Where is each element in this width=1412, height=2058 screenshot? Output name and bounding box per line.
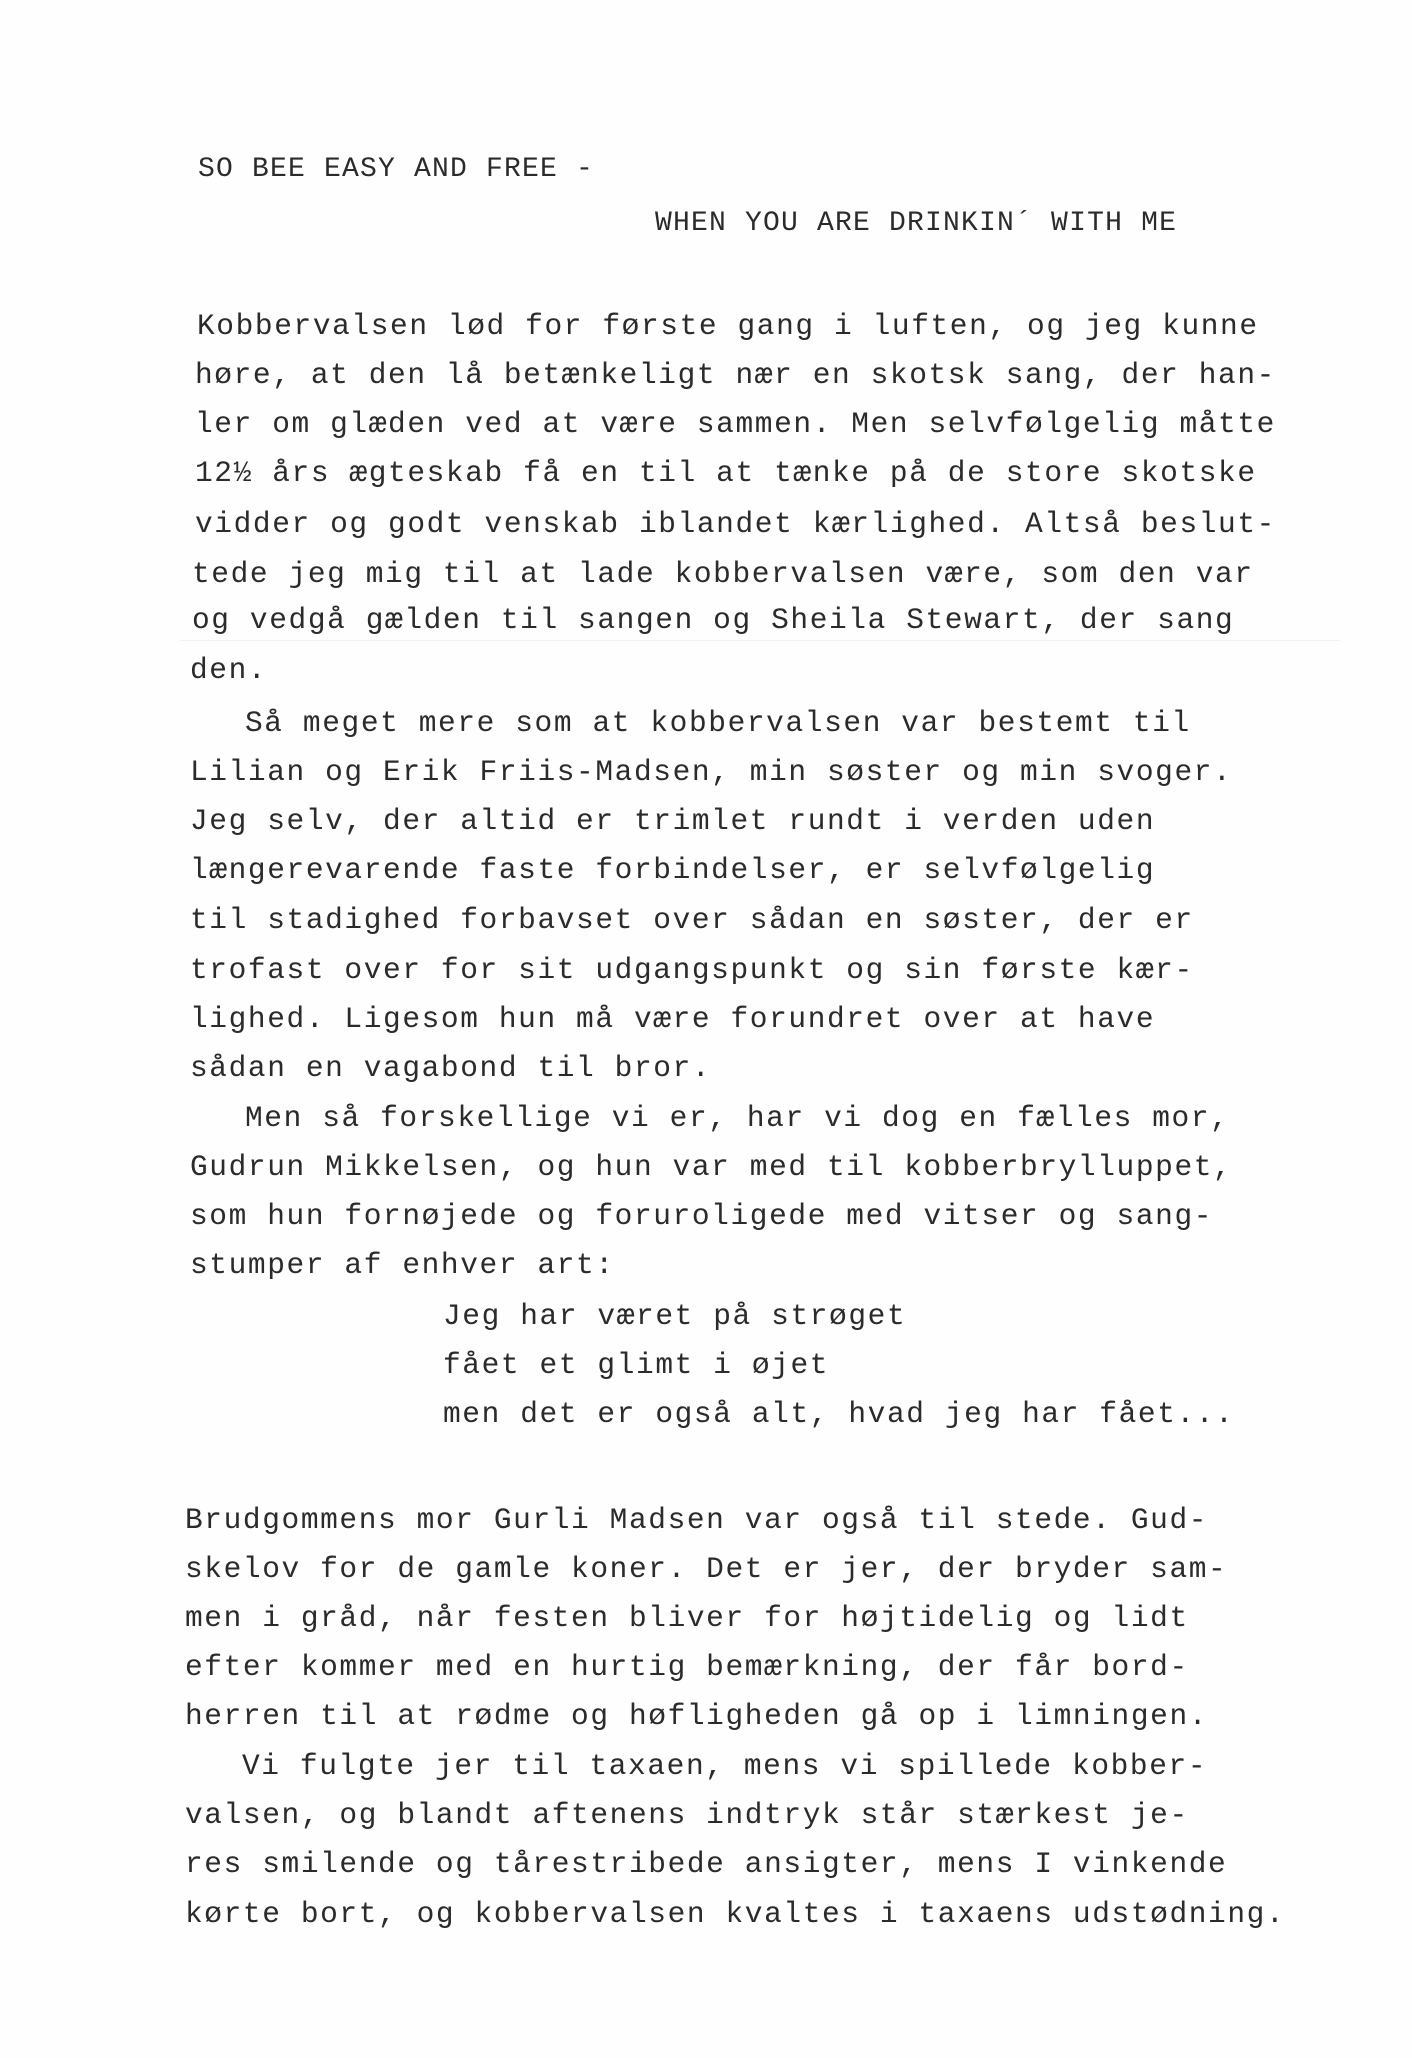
body-line: og vedgå gælden til sangen og Sheila Ste… — [192, 602, 1234, 638]
body-line: til stadighed forbavset over sådan en sø… — [190, 902, 1194, 938]
title-line-2: WHEN YOU ARE DRINKIN´ WITH ME — [655, 206, 1177, 242]
verse-line: fået et glimt i øjet — [443, 1347, 829, 1383]
body-line: Lilian og Erik Friis-Madsen, min søster … — [190, 754, 1232, 790]
title-line-1: SO BEE EASY AND FREE - — [198, 152, 594, 188]
verse-line: Jeg har været på strøget — [443, 1298, 906, 1334]
body-line: den. — [190, 652, 267, 688]
body-line: ler om glæden ved at være sammen. Men se… — [195, 406, 1276, 442]
verse-line: men det er også alt, hvad jeg har fået..… — [443, 1396, 1234, 1432]
body-line: kørte bort, og kobbervalsen kvaltes i ta… — [185, 1896, 1285, 1932]
body-line: som hun fornøjede og foruroligede med vi… — [190, 1198, 1213, 1234]
body-line: sådan en vagabond til bror. — [190, 1050, 711, 1086]
body-line: trofast over for sit udgangspunkt og sin… — [190, 952, 1194, 988]
body-line: skelov for de gamle koner. Det er jer, d… — [185, 1551, 1227, 1587]
body-line: men i gråd, når festen bliver for højtid… — [185, 1600, 1189, 1636]
body-line: stumper af enhver art: — [190, 1247, 615, 1283]
body-line: Men så forskellige vi er, har vi dog en … — [245, 1100, 1229, 1136]
body-line: herren til at rødme og høfligheden gå op… — [185, 1698, 1208, 1734]
body-line: længerevarende faste forbindelser, er se… — [190, 852, 1155, 888]
typewritten-page: SO BEE EASY AND FREE - WHEN YOU ARE DRIN… — [0, 0, 1412, 2058]
body-line: Brudgommens mor Gurli Madsen var også ti… — [185, 1502, 1208, 1538]
scan-smudge — [180, 640, 1340, 641]
body-line: valsen, og blandt aftenens indtryk står … — [185, 1797, 1189, 1833]
body-line: Jeg selv, der altid er trimlet rundt i v… — [190, 803, 1155, 839]
body-line: efter kommer med en hurtig bemærkning, d… — [185, 1649, 1189, 1685]
body-line: Kobbervalsen lød for første gang i lufte… — [197, 308, 1259, 344]
body-line: res smilende og tårestribede ansigter, m… — [185, 1846, 1227, 1882]
body-line: høre, at den lå betænkeligt nær en skots… — [195, 357, 1276, 393]
body-line: tede jeg mig til at lade kobbervalsen væ… — [192, 556, 1254, 592]
body-line: Så meget mere som at kobbervalsen var be… — [245, 705, 1191, 741]
body-line: Gudrun Mikkelsen, og hun var med til kob… — [190, 1149, 1232, 1185]
body-line: vidder og godt venskab iblandet kærlighe… — [195, 506, 1276, 542]
body-line: Vi fulgte jer til taxaen, mens vi spille… — [242, 1748, 1207, 1784]
body-line: 12½ års ægteskab få en til at tænke på d… — [195, 455, 1257, 491]
body-line: lighed. Ligesom hun må være forundret ov… — [190, 1001, 1155, 1037]
